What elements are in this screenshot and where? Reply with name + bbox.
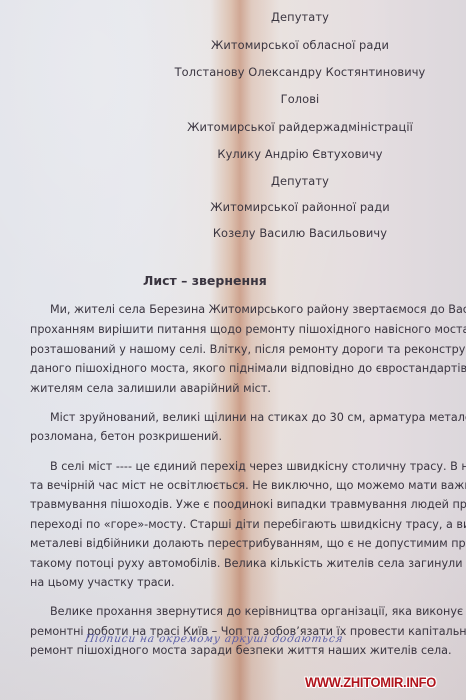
addressee-line: Житомирської обласної ради bbox=[150, 38, 450, 52]
body-line: Велике прохання звернутися до керівництв… bbox=[50, 605, 463, 618]
body-line: Міст зруйнований, великі щілини на стика… bbox=[50, 411, 466, 424]
body-line: ремонт пішохідного моста заради безпеки … bbox=[30, 644, 452, 657]
body-line: металеві відбійники долають перестрибува… bbox=[30, 537, 466, 550]
body-line: на цьому участку траси. bbox=[30, 576, 175, 589]
body-line: такому потоці руху автомобілів. Велика к… bbox=[30, 557, 466, 570]
body-line: розташований у нашому селі. Влітку, післ… bbox=[30, 343, 466, 356]
body-line: травмування пішоходів. Уже є поодинокі в… bbox=[30, 498, 466, 511]
addressee-line: Козелу Василю Васильовичу bbox=[150, 226, 450, 240]
addressee-line: Голові bbox=[150, 92, 450, 106]
letter-title: Лист – звернення bbox=[143, 273, 267, 288]
body-line: Ми, жителі села Березина Житомирського р… bbox=[50, 303, 466, 316]
site-watermark: WWW.ZHITOMIR.INFO bbox=[305, 674, 436, 690]
body-line: розломана, бетон розкришений. bbox=[30, 430, 222, 443]
addressee-line: Депутату bbox=[150, 174, 450, 188]
document-page: Депутату Житомирської обласної ради Толс… bbox=[0, 0, 466, 700]
body-line: проханням вирішити питання щодо ремонту … bbox=[30, 323, 466, 336]
body-line: В селі міст ---- це єдиний перехід через… bbox=[50, 460, 466, 473]
addressee-line: Кулику Андрію Євтуховичу bbox=[150, 147, 450, 161]
body-line: жителям села залишили аварійний міст. bbox=[30, 382, 271, 395]
addressee-line: Житомирської районної ради bbox=[150, 200, 450, 214]
addressee-line: Толстанову Олександру Костянтиновичу bbox=[150, 65, 450, 79]
addressee-line: Житомирської райдержадміністрації bbox=[150, 120, 450, 134]
body-line: та вечірній час міст не освітлюється. Не… bbox=[30, 479, 466, 492]
addressee-line: Депутату bbox=[150, 10, 450, 24]
handwritten-note: Підписи на окремому аркуші додаються bbox=[84, 633, 344, 645]
body-line: переході по «горе»-мосту. Старші діти пе… bbox=[30, 518, 466, 531]
body-line: даного пішохідного моста, якого піднімал… bbox=[30, 362, 466, 375]
